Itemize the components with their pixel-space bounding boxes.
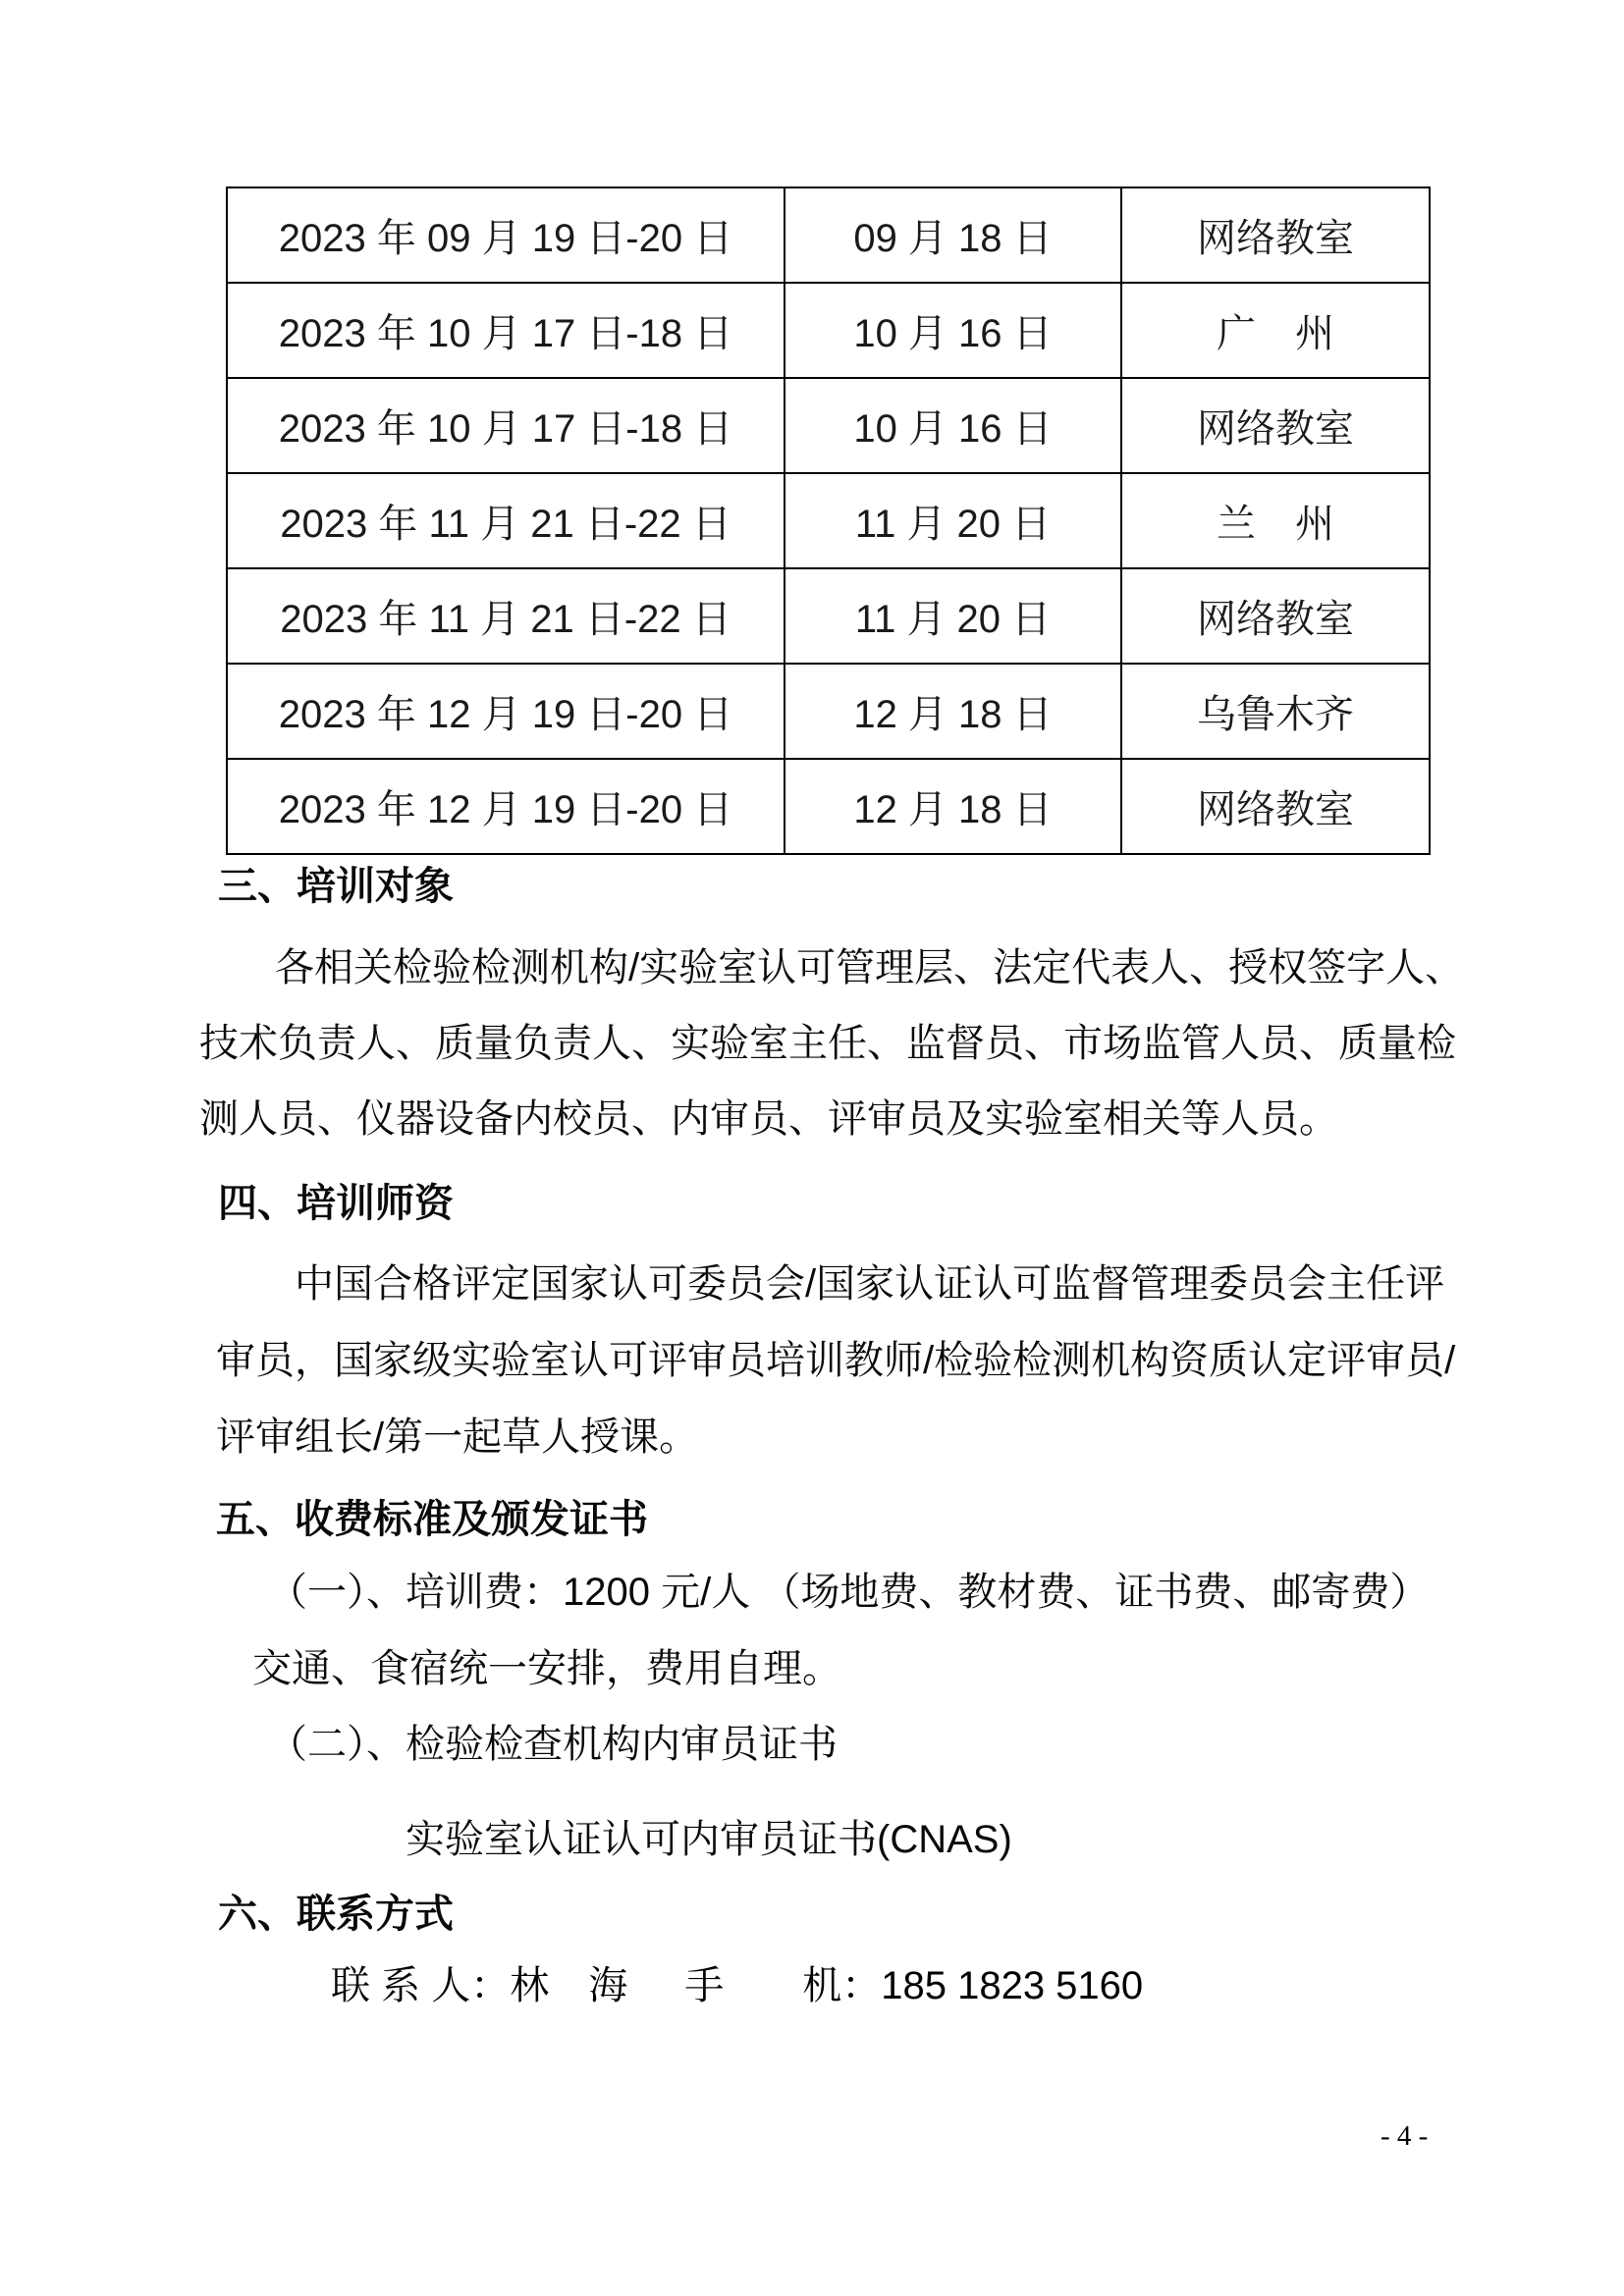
section-heading-training-teachers: 四、培训师资 (218, 1181, 454, 1226)
document-page: 2023 年 09 月 19 日-20 日 09 月 18 日 网络教室 202… (0, 0, 1624, 2296)
table-row: 2023 年 12 月 19 日-20 日 12 月 18 日 乌鲁木齐 (227, 664, 1430, 759)
cell-location: 乌鲁木齐 (1121, 664, 1430, 759)
cell-location: 网络教室 (1121, 759, 1430, 854)
cell-report-date: 10 月 16 日 (785, 283, 1121, 378)
paragraph-line: 中国合格评定国家认可委员会/国家认证认可监督管理委员会主任评 (295, 1261, 1444, 1307)
cell-training-date: 2023 年 11 月 21 日-22 日 (227, 568, 785, 664)
cell-report-date: 11 月 20 日 (785, 473, 1121, 568)
schedule-table: 2023 年 09 月 19 日-20 日 09 月 18 日 网络教室 202… (226, 187, 1431, 855)
cell-training-date: 2023 年 12 月 19 日-20 日 (227, 759, 785, 854)
cell-location: 兰 州 (1121, 473, 1430, 568)
cell-training-date: 2023 年 10 月 17 日-18 日 (227, 378, 785, 473)
table-row: 2023 年 10 月 17 日-18 日 10 月 16 日 广 州 (227, 283, 1430, 378)
fee-item-line: （二）、检验检查机构内审员证书 (268, 1722, 838, 1767)
cell-training-date: 2023 年 10 月 17 日-18 日 (227, 283, 785, 378)
cell-training-date: 2023 年 12 月 19 日-20 日 (227, 664, 785, 759)
cell-location: 广 州 (1121, 283, 1430, 378)
section-heading-training-target: 三、培训对象 (218, 864, 454, 909)
section-heading-contact: 六、联系方式 (218, 1892, 454, 1937)
paragraph-line: 各相关检验检测机构/实验室认可管理层、法定代表人、授权签字人、 (275, 945, 1464, 990)
cell-training-date: 2023 年 09 月 19 日-20 日 (227, 187, 785, 283)
table-row: 2023 年 11 月 21 日-22 日 11 月 20 日 兰 州 (227, 473, 1430, 568)
contact-line: 联 系 人：林 海 手 机：185 1823 5160 (331, 1963, 1143, 2008)
cell-training-date: 2023 年 11 月 21 日-22 日 (227, 473, 785, 568)
cell-report-date: 10 月 16 日 (785, 378, 1121, 473)
paragraph-line: 测人员、仪器设备内校员、内审员、评审员及实验室相关等人员。 (199, 1096, 1338, 1142)
cell-report-date: 12 月 18 日 (785, 759, 1121, 854)
table-row: 2023 年 10 月 17 日-18 日 10 月 16 日 网络教室 (227, 378, 1430, 473)
fee-item-line: （一）、培训费：1200 元/人 （场地费、教材费、证书费、邮寄费） (268, 1570, 1429, 1615)
cell-report-date: 09 月 18 日 (785, 187, 1121, 283)
cell-location: 网络教室 (1121, 568, 1430, 664)
paragraph-line: 审员，国家级实验室认可评审员培训教师/检验检测机构资质认定评审员/ (216, 1338, 1455, 1383)
paragraph-line: 评审组长/第一起草人授课。 (216, 1415, 698, 1460)
cell-report-date: 12 月 18 日 (785, 664, 1121, 759)
cell-location: 网络教室 (1121, 187, 1430, 283)
table-row: 2023 年 12 月 19 日-20 日 12 月 18 日 网络教室 (227, 759, 1430, 854)
cell-report-date: 11 月 20 日 (785, 568, 1121, 664)
section-heading-fees: 五、收费标准及颁发证书 (216, 1497, 648, 1542)
table-row: 2023 年 11 月 21 日-22 日 11 月 20 日 网络教室 (227, 568, 1430, 664)
contact-person: 联 系 人：林 海 (331, 1963, 627, 2008)
page-number: - 4 - (1380, 2120, 1428, 2152)
fee-item-line: 交通、食宿统一安排，费用自理。 (252, 1646, 841, 1691)
paragraph-line: 技术负责人、质量负责人、实验室主任、监督员、市场监管人员、质量检 (199, 1021, 1456, 1066)
table-row: 2023 年 09 月 19 日-20 日 09 月 18 日 网络教室 (227, 187, 1430, 283)
fee-item-line: 实验室认证认可内审员证书(CNAS) (406, 1817, 1012, 1862)
cell-location: 网络教室 (1121, 378, 1430, 473)
contact-phone: 手 机：185 1823 5160 (684, 1963, 1143, 2008)
